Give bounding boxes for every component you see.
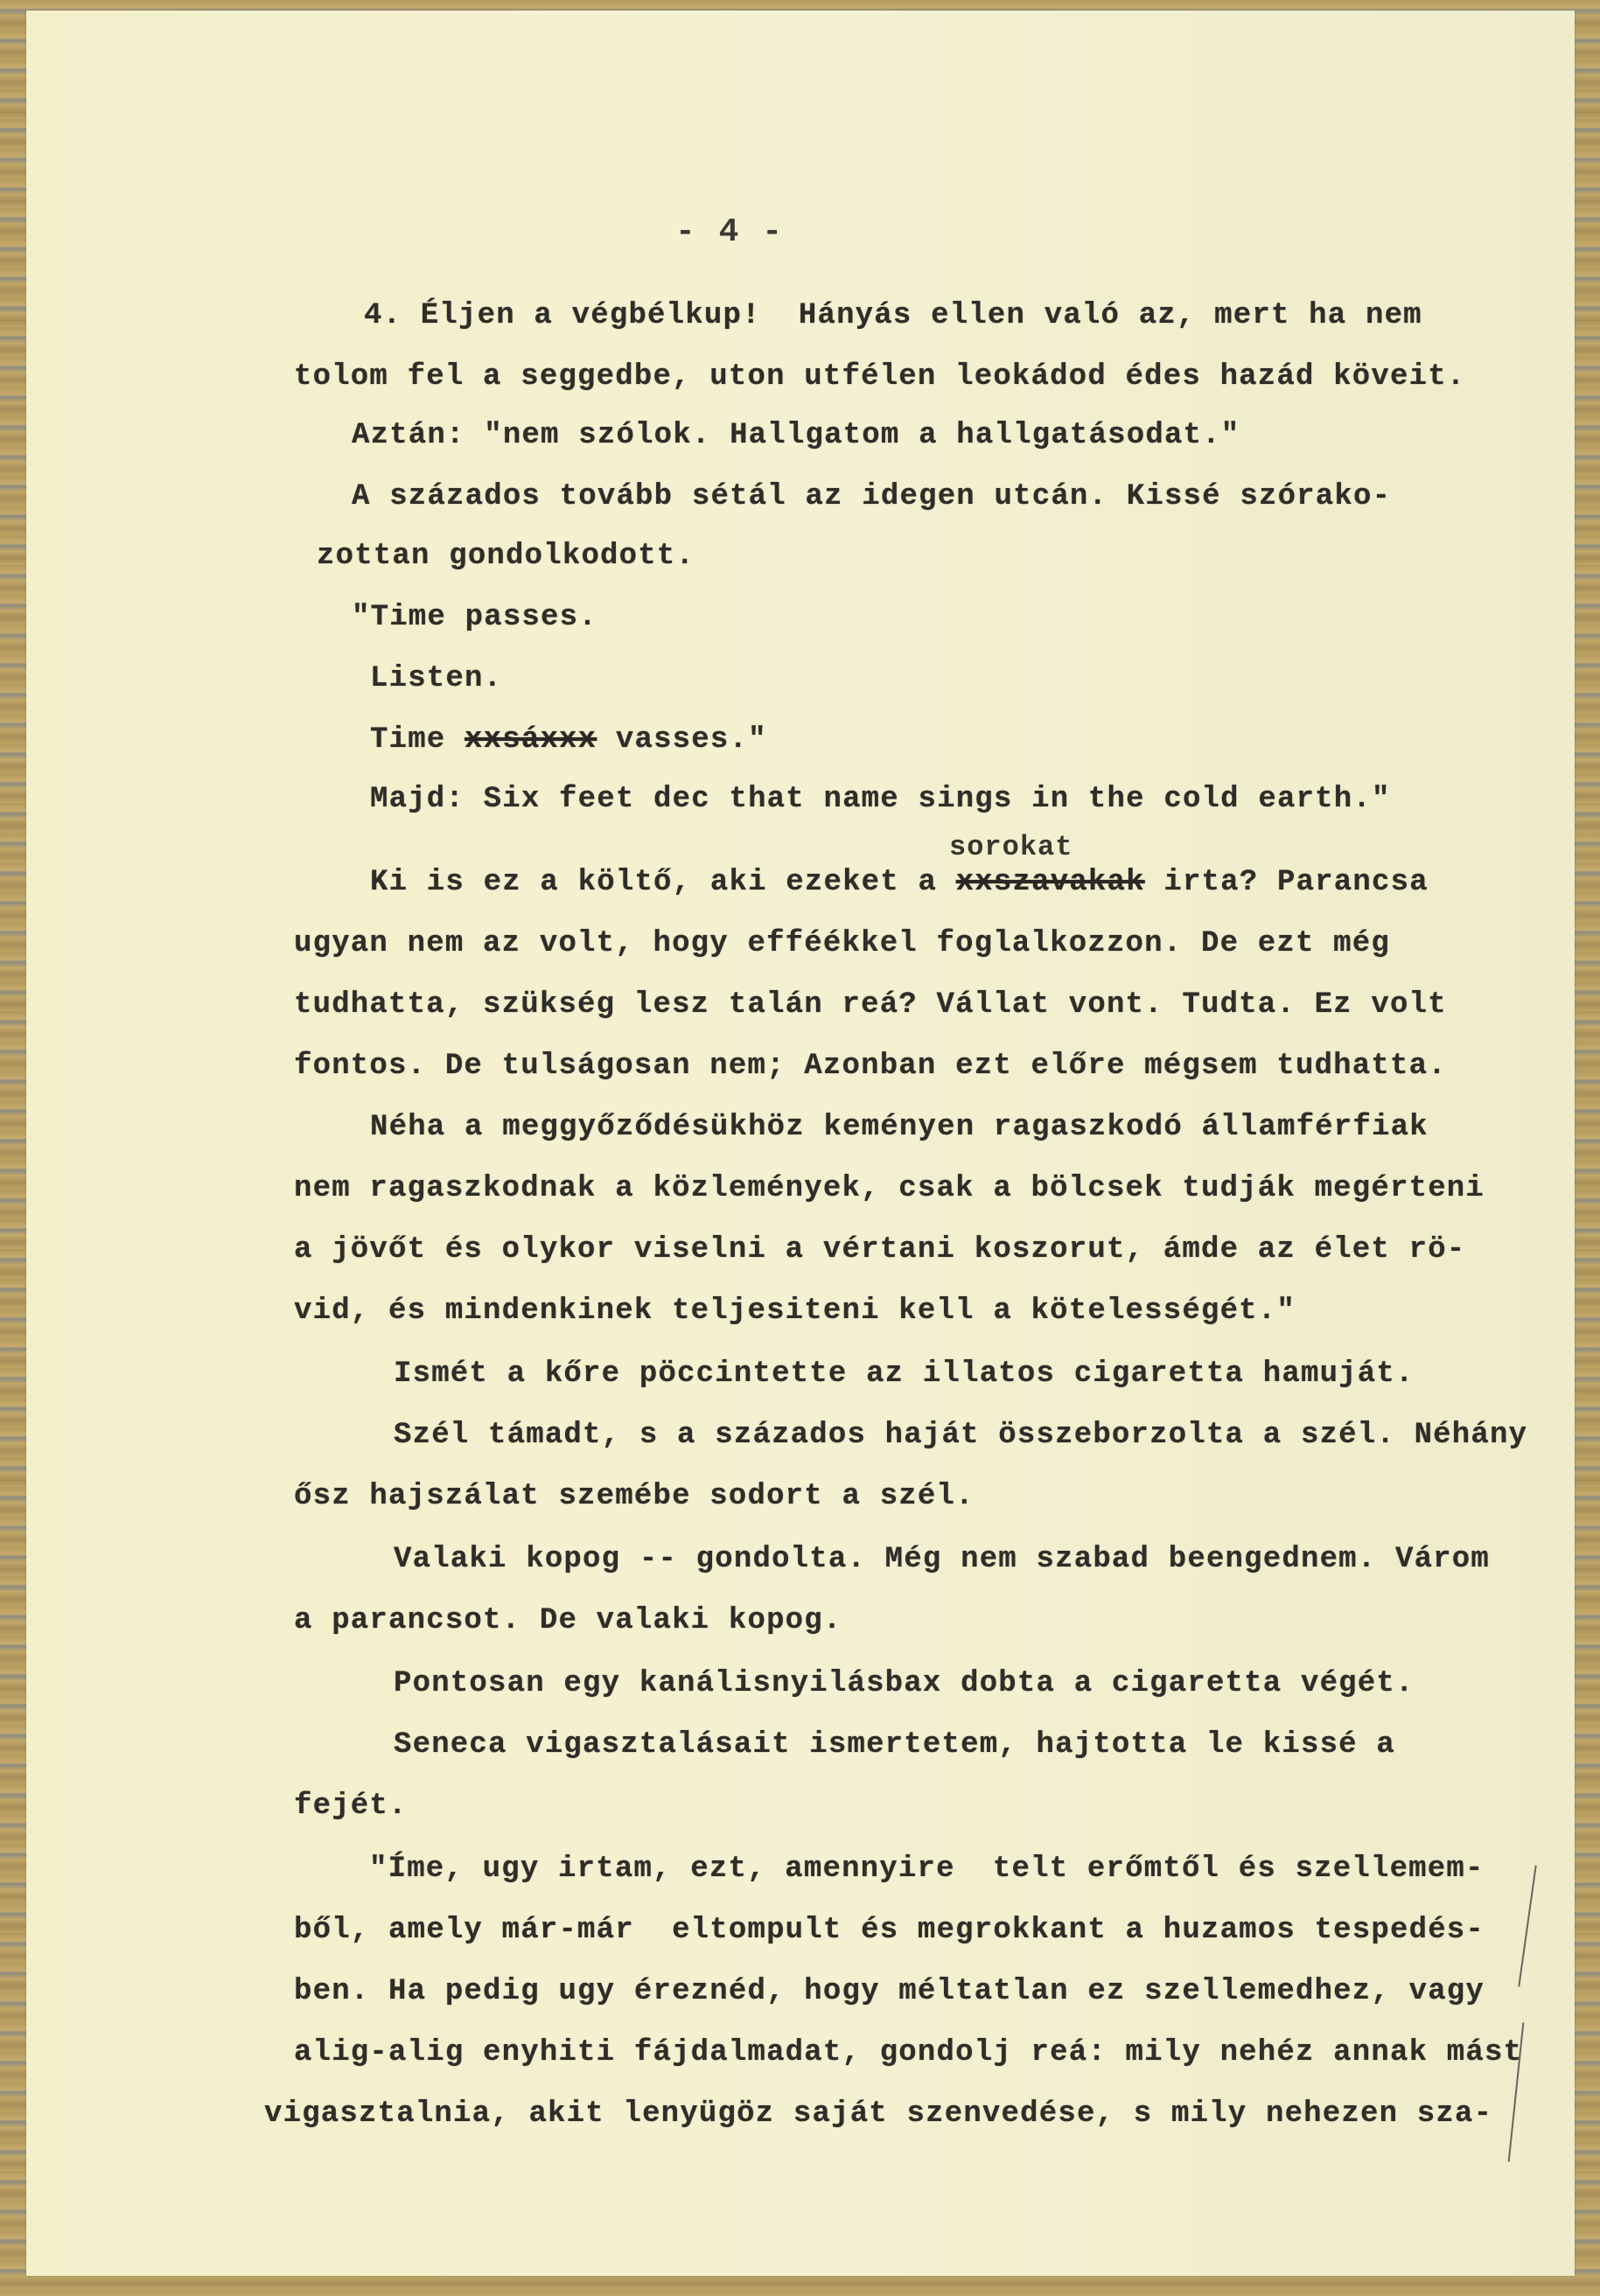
text-line: vigasztalnia, akit lenyügöz saját szenve… (264, 2097, 1492, 2131)
typewritten-page: - 4 - 4. Éljen a végbélkup! Hányás ellen… (26, 10, 1575, 2276)
text-line: Pontosan egy kanálisnyilásbax dobta a ci… (394, 1667, 1415, 1700)
text-line: Ismét a kőre pöccintette az illatos ciga… (394, 1357, 1415, 1391)
text-line: Szél támadt, s a százados haját összebor… (394, 1419, 1527, 1452)
text-line: Majd: Six feet dec that name sings in th… (370, 783, 1391, 816)
text-line: "Íme, ugy irtam, ezt, amennyire telt erő… (369, 1853, 1485, 1886)
text-line: fejét. (294, 1790, 408, 1823)
text-line: 4. Éljen a végbélkup! Hányás ellen való … (364, 299, 1422, 332)
text-line: a parancsot. De valaki kopog. (294, 1604, 842, 1637)
text-line: Listen. (370, 662, 502, 695)
text-line: Aztán: "nem szólok. Hallgatom a hallgatá… (352, 419, 1240, 452)
page-number: - 4 - (675, 213, 784, 251)
text-line: fontos. De tulságosan nem; Azonban ezt e… (294, 1050, 1447, 1083)
line-text: Time (370, 723, 465, 757)
struck-text: xxsáxxx (465, 723, 597, 757)
text-line: vid, és mindenkinek teljesiteni kell a k… (294, 1295, 1296, 1328)
text-line-with-strikeout: Ki is ez a költő, aki ezeket a xxszavaka… (370, 866, 1429, 899)
text-line: Néha a meggyőződésükhöz keményen ragaszk… (370, 1111, 1429, 1144)
struck-text: xxszavakak (956, 866, 1145, 899)
line-text: Ki is ez a költő, aki ezeket a (370, 866, 956, 899)
handwritten-insertion: sorokat (949, 831, 1072, 863)
text-line: ben. Ha pedig ugy éreznéd, hogy méltatla… (294, 1975, 1485, 2008)
text-line: nem ragaszkodnak a közlemények, csak a b… (294, 1172, 1485, 1205)
text-line: ősz hajszálat szemébe sodort a szél. (294, 1480, 975, 1513)
text-line: alig-alig enyhiti fájdalmadat, gondolj r… (294, 2036, 1522, 2069)
text-line: tudhatta, szükség lesz talán reá? Vállat… (294, 988, 1447, 1022)
text-line: Valaki kopog -- gondolta. Még nem szabad… (394, 1543, 1490, 1576)
text-line-with-strikeout: Time xxsáxxx vasses." (370, 723, 767, 757)
line-text: irta? Parancsa (1145, 866, 1429, 899)
text-line: a jövőt és olykor viselni a vértani kosz… (294, 1233, 1465, 1267)
text-line: zottan gondolkodott. (317, 540, 695, 573)
text-line: Seneca vigasztalásait ismertetem, hajtot… (394, 1728, 1395, 1762)
text-line: "Time passes. (352, 601, 597, 634)
line-text: vasses." (597, 723, 766, 757)
text-line: ugyan nem az volt, hogy efféékkel foglal… (294, 927, 1390, 960)
pencil-margin-mark (1518, 1866, 1536, 1987)
text-line: A százados tovább sétál az idegen utcán.… (352, 480, 1391, 513)
text-line: ből, amely már-már eltompult és megrokka… (294, 1914, 1485, 1947)
text-line: tolom fel a seggedbe, uton utfélen leoká… (294, 360, 1465, 394)
